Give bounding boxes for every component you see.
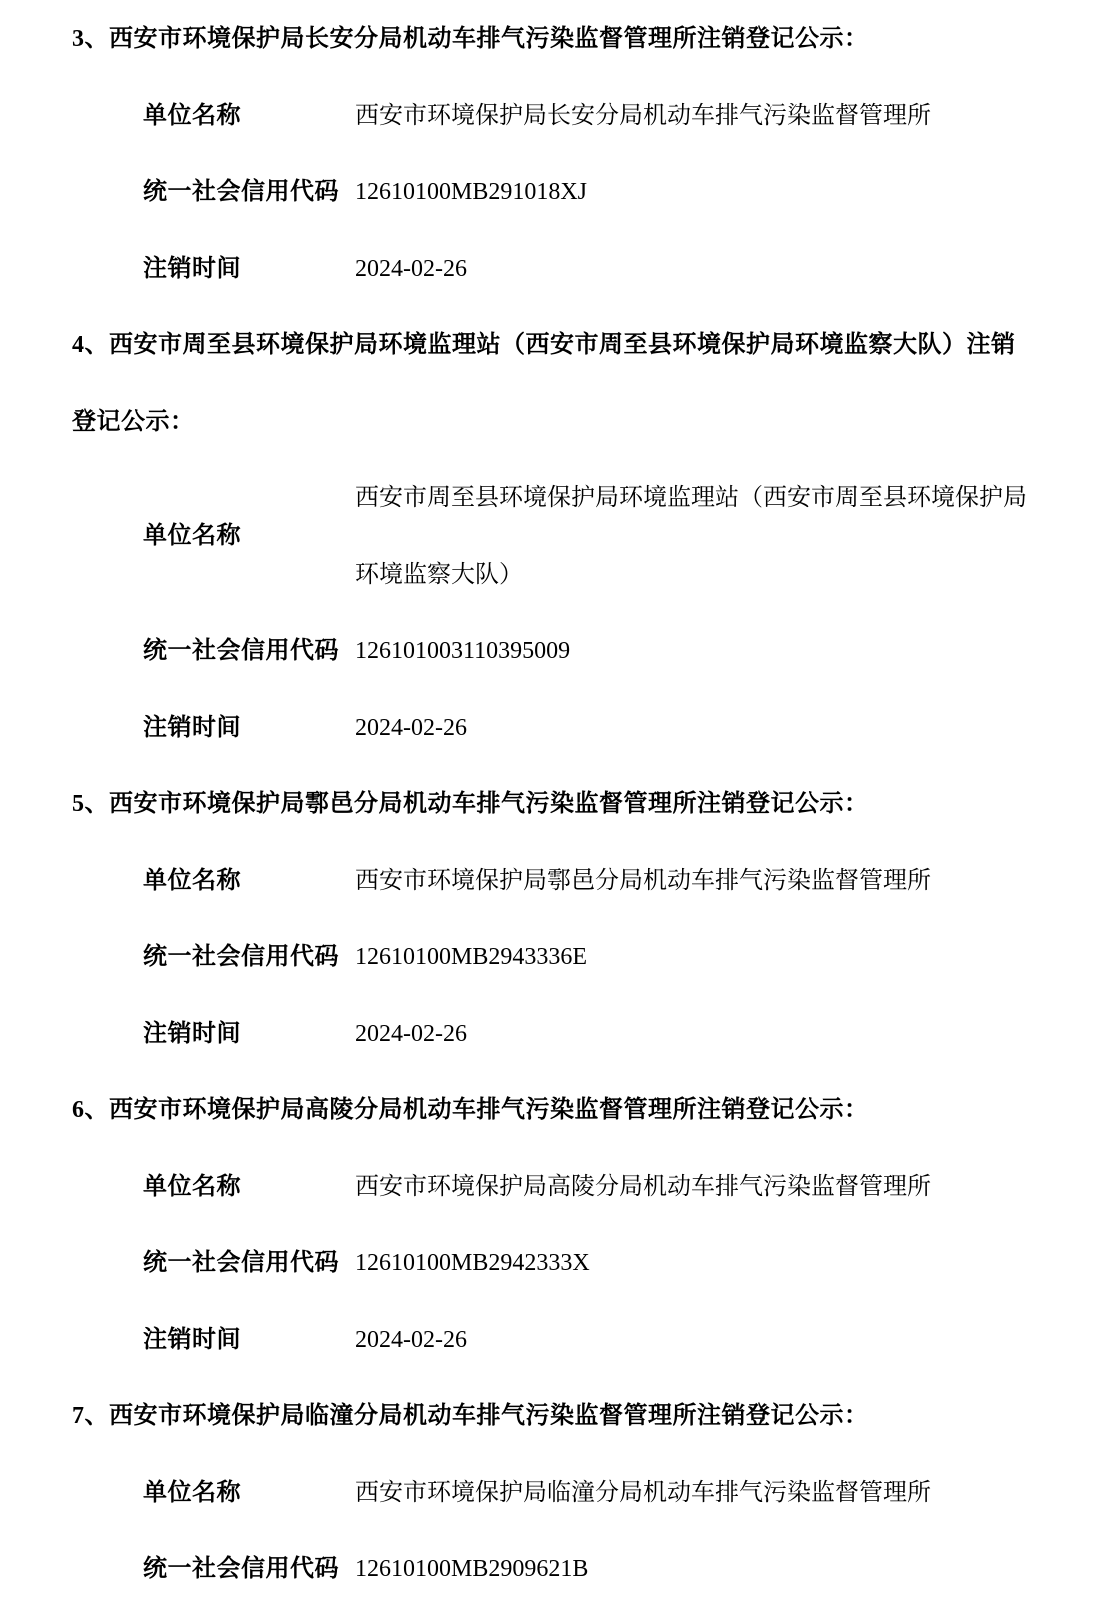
field-label: 统一社会信用代码 — [143, 1225, 355, 1302]
field-row: 统一社会信用代码 12610100MB2942333X — [143, 1225, 1037, 1302]
section-heading: 6、西安市环境保护局高陵分局机动车排气污染监督管理所注销登记公示： — [72, 1072, 1035, 1149]
deregistration-notice-section: 7、西安市环境保护局临潼分局机动车排气污染监督管理所注销登记公示： 单位名称 西… — [72, 1378, 1037, 1600]
section-fields: 单位名称 西安市环境保护局高陵分局机动车排气污染监督管理所 统一社会信用代码 1… — [72, 1149, 1037, 1379]
field-row: 单位名称 西安市环境保护局临潼分局机动车排气污染监督管理所 — [143, 1455, 1037, 1532]
section-fields: 单位名称 西安市周至县环境保护局环境监理站（西安市周至县环境保护局环境监察大队）… — [72, 460, 1037, 766]
field-row: 注销时间 2024-02-26 — [143, 231, 1037, 308]
field-row: 单位名称 西安市环境保护局鄠邑分局机动车排气污染监督管理所 — [143, 843, 1037, 920]
deregistration-notice-section: 6、西安市环境保护局高陵分局机动车排气污染监督管理所注销登记公示： 单位名称 西… — [72, 1072, 1037, 1378]
field-row: 统一社会信用代码 12610100MB2943336E — [143, 919, 1037, 996]
field-value: 2024-02-26 — [355, 690, 1036, 767]
field-value: 2024-02-26 — [355, 1302, 1036, 1379]
field-label: 统一社会信用代码 — [143, 1531, 355, 1600]
field-value: 西安市环境保护局临潼分局机动车排气污染监督管理所 — [355, 1455, 1036, 1532]
field-label: 注销时间 — [143, 996, 355, 1073]
section-fields: 单位名称 西安市环境保护局临潼分局机动车排气污染监督管理所 统一社会信用代码 1… — [72, 1455, 1037, 1600]
field-value: 2024-02-26 — [355, 996, 1036, 1073]
deregistration-notice-section: 3、西安市环境保护局长安分局机动车排气污染监督管理所注销登记公示： 单位名称 西… — [72, 1, 1037, 307]
field-value: 12610100MB2909621B — [355, 1531, 1036, 1600]
field-value: 12610100MB2942333X — [355, 1225, 1036, 1302]
field-row: 统一社会信用代码 12610100MB291018XJ — [143, 154, 1037, 231]
section-fields: 单位名称 西安市环境保护局鄠邑分局机动车排气污染监督管理所 统一社会信用代码 1… — [72, 843, 1037, 1073]
field-label: 统一社会信用代码 — [143, 613, 355, 690]
section-fields: 单位名称 西安市环境保护局长安分局机动车排气污染监督管理所 统一社会信用代码 1… — [72, 78, 1037, 308]
field-row: 统一社会信用代码 12610100MB2909621B — [143, 1531, 1037, 1600]
field-value: 12610100MB2943336E — [355, 919, 1036, 996]
field-label: 单位名称 — [143, 78, 355, 155]
field-label: 注销时间 — [143, 690, 355, 767]
field-label: 单位名称 — [143, 843, 355, 920]
section-heading: 5、西安市环境保护局鄠邑分局机动车排气污染监督管理所注销登记公示： — [72, 766, 1035, 843]
field-row: 统一社会信用代码 126101003110395009 — [143, 613, 1037, 690]
field-label: 单位名称 — [143, 1455, 355, 1532]
field-row: 单位名称 西安市周至县环境保护局环境监理站（西安市周至县环境保护局环境监察大队） — [143, 460, 1037, 613]
field-value: 2024-02-26 — [355, 231, 1036, 308]
field-value: 西安市周至县环境保护局环境监理站（西安市周至县环境保护局环境监察大队） — [355, 460, 1036, 613]
deregistration-notice-section: 5、西安市环境保护局鄠邑分局机动车排气污染监督管理所注销登记公示： 单位名称 西… — [72, 766, 1037, 1072]
section-heading: 4、西安市周至县环境保护局环境监理站（西安市周至县环境保护局环境监察大队）注销登… — [72, 307, 1035, 460]
field-row: 注销时间 2024-02-26 — [143, 996, 1037, 1073]
field-label: 注销时间 — [143, 231, 355, 308]
deregistration-notice-section: 4、西安市周至县环境保护局环境监理站（西安市周至县环境保护局环境监察大队）注销登… — [72, 307, 1037, 766]
field-value: 西安市环境保护局鄠邑分局机动车排气污染监督管理所 — [355, 843, 1036, 920]
field-label: 注销时间 — [143, 1302, 355, 1379]
document-page: 3、西安市环境保护局长安分局机动车排气污染监督管理所注销登记公示： 单位名称 西… — [0, 0, 1107, 1600]
field-value: 12610100MB291018XJ — [355, 154, 1036, 231]
field-row: 单位名称 西安市环境保护局长安分局机动车排气污染监督管理所 — [143, 78, 1037, 155]
field-value: 西安市环境保护局高陵分局机动车排气污染监督管理所 — [355, 1149, 1036, 1226]
field-label: 统一社会信用代码 — [143, 154, 355, 231]
field-row: 单位名称 西安市环境保护局高陵分局机动车排气污染监督管理所 — [143, 1149, 1037, 1226]
field-value: 西安市环境保护局长安分局机动车排气污染监督管理所 — [355, 78, 1036, 155]
section-heading: 3、西安市环境保护局长安分局机动车排气污染监督管理所注销登记公示： — [72, 1, 1035, 78]
field-label: 单位名称 — [143, 460, 355, 613]
field-label: 单位名称 — [143, 1149, 355, 1226]
field-row: 注销时间 2024-02-26 — [143, 690, 1037, 767]
field-label: 统一社会信用代码 — [143, 919, 355, 996]
field-row: 注销时间 2024-02-26 — [143, 1302, 1037, 1379]
section-heading: 7、西安市环境保护局临潼分局机动车排气污染监督管理所注销登记公示： — [72, 1378, 1035, 1455]
field-value: 126101003110395009 — [355, 613, 1036, 690]
